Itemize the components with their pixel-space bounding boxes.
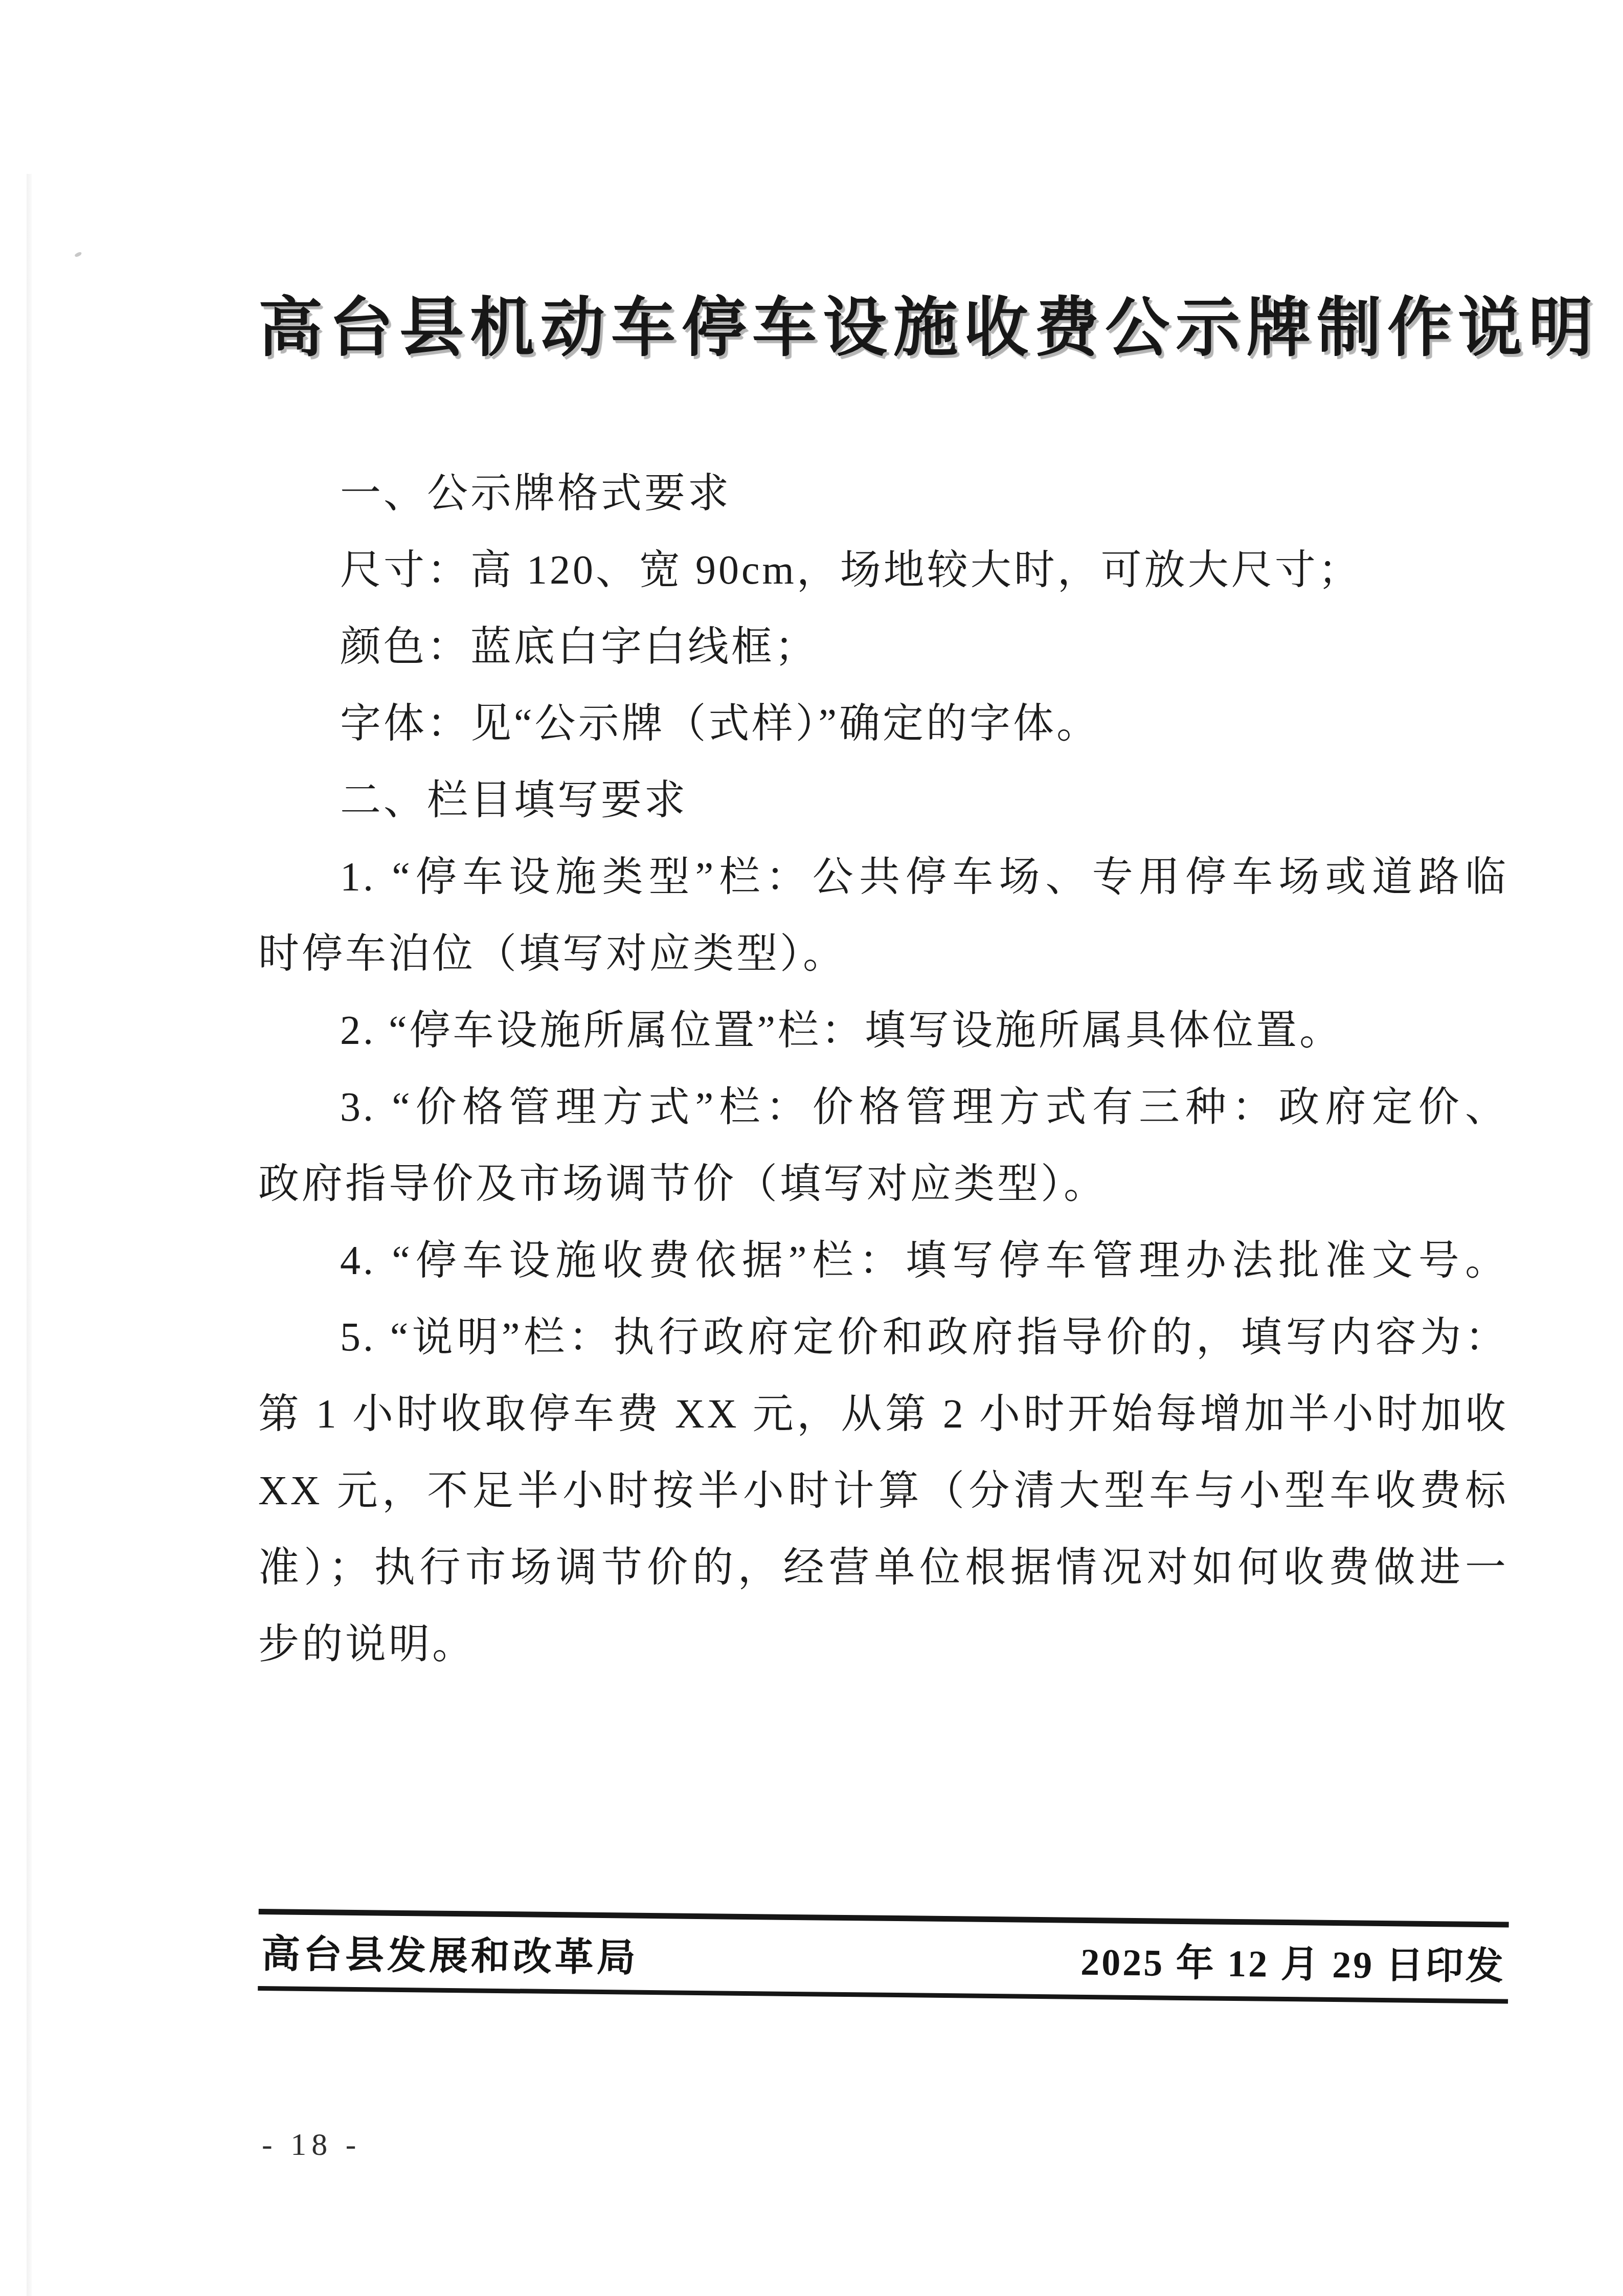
issuing-agency: 高台县发展和改革局 — [261, 1923, 639, 1982]
body-line-item3b: 政府指导价及市场调节价（填写对应类型）。 — [258, 1146, 1508, 1222]
body-line-item3a: 3. “价格管理方式”栏：价格管理方式有三种：政府定价、 — [258, 1069, 1508, 1146]
body-line-item5d: 准）；执行市场调节价的，经营单位根据情况对如何收费做进一 — [258, 1529, 1508, 1606]
document-title: 高台县机动车停车设施收费公示牌制作说明 — [258, 280, 1508, 377]
body-line-item2: 2. “停车设施所属位置”栏：填写设施所属具体位置。 — [258, 992, 1508, 1069]
body-line-item1b: 时停车泊位（填写对应类型）。 — [258, 916, 1508, 992]
body-line-item5c: XX 元，不足半小时按半小时计算（分清大型车与小型车收费标 — [258, 1453, 1508, 1529]
body-line-item5b: 第 1 小时收取停车费 XX 元，从第 2 小时开始每增加半小时加收 — [258, 1376, 1508, 1453]
body-line-item1a: 1. “停车设施类型”栏：公共停车场、专用停车场或道路临 — [258, 839, 1508, 916]
document-page: 高台县机动车停车设施收费公示牌制作说明 一、公示牌格式要求 尺寸：高 120、宽… — [0, 0, 1623, 2296]
footer-row: 高台县发展和改革局 2025 年 12 月 29 日印发 — [258, 1914, 1508, 1999]
body-line-item4: 4. “停车设施收费依据”栏：填写停车管理办法批准文号。 — [258, 1222, 1508, 1299]
section-heading-2: 二、栏目填写要求 — [258, 762, 1508, 839]
body-line-item5a: 5. “说明”栏：执行政府定价和政府指导价的，填写内容为： — [258, 1299, 1508, 1376]
body-line-color: 颜色：蓝底白字白线框； — [258, 609, 1508, 685]
document-body: 一、公示牌格式要求 尺寸：高 120、宽 90cm，场地较大时，可放大尺寸； 颜… — [258, 455, 1508, 1683]
section-heading-1: 一、公示牌格式要求 — [258, 455, 1508, 532]
scan-speck-artifact — [74, 251, 82, 258]
document-footer: 高台县发展和改革局 2025 年 12 月 29 日印发 — [258, 1909, 1509, 2004]
print-date: 2025 年 12 月 29 日印发 — [1080, 1932, 1506, 1991]
scan-edge-artifact — [27, 174, 32, 2296]
body-line-font: 字体：见“公示牌（式样）”确定的字体。 — [258, 685, 1508, 762]
body-line-item5e: 步的说明。 — [258, 1606, 1508, 1683]
page-number: - 18 - — [262, 2127, 361, 2163]
body-line-size: 尺寸：高 120、宽 90cm，场地较大时，可放大尺寸； — [258, 532, 1508, 609]
